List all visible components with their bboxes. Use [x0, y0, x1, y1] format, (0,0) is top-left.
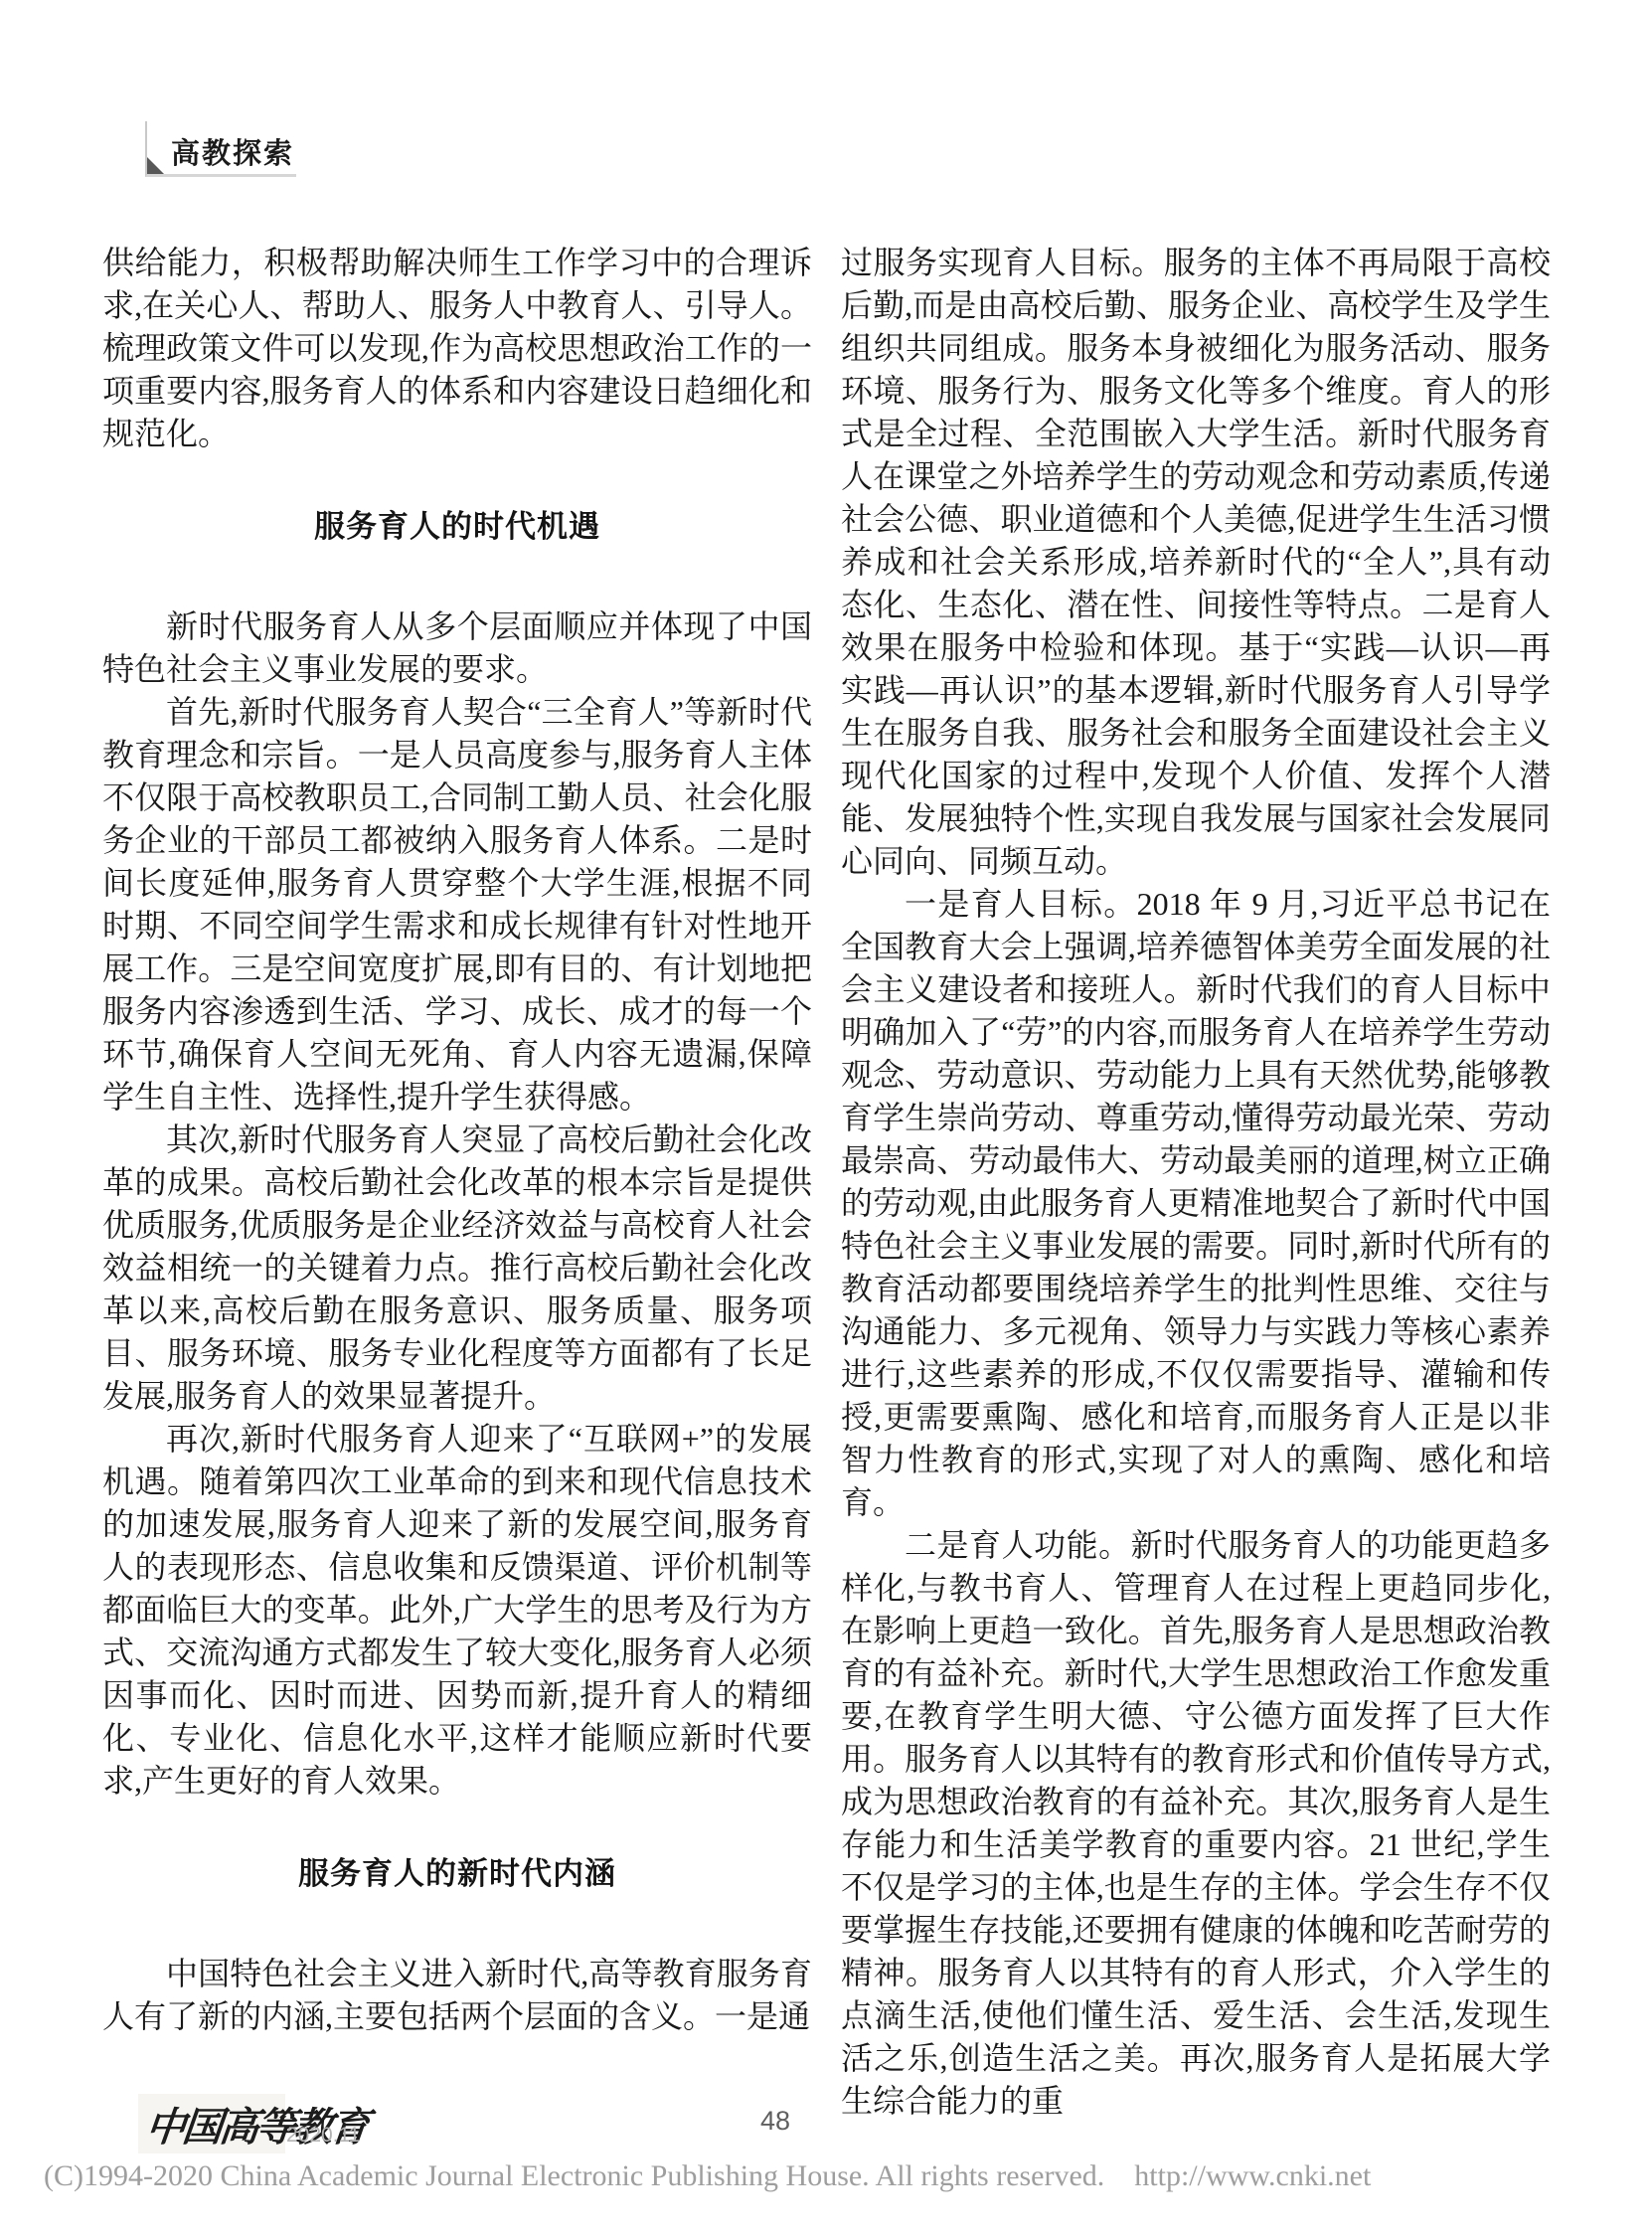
page-number: 48 [745, 2106, 805, 2137]
right-column: 过服务实现育人目标。服务的主体不再局限于高校后勤,而是由高校后勤、服务企业、高校… [841, 242, 1551, 2123]
paragraph: 二是育人功能。新时代服务育人的功能更趋多样化,与教书育人、管理育人在过程上更趋同… [841, 1524, 1551, 2123]
paragraph: 其次,新时代服务育人突显了高校后勤社会化改革的成果。高校后勤社会化改革的根本宗旨… [102, 1119, 812, 1418]
section-heading-era-opportunity: 服务育人的时代机遇 [102, 505, 812, 548]
corner-triangle-icon [147, 157, 164, 174]
copyright-line: (C)1994-2020 China Academic Journal Elec… [44, 2159, 1371, 2193]
left-column: 供给能力，积极帮助解决师生工作学习中的合理诉求,在关心人、帮助人、服务人中教育人… [102, 242, 812, 2038]
paragraph: 中国特色社会主义进入新时代,高等教育服务育人有了新的内涵,主要包括两个层面的含义… [102, 1953, 812, 2038]
section-heading-new-era-meaning: 服务育人的新时代内涵 [102, 1852, 812, 1895]
paragraph-continuation: 过服务实现育人目标。服务的主体不再局限于高校后勤,而是由高校后勤、服务企业、高校… [841, 242, 1551, 883]
paragraph: 新时代服务育人从多个层面顺应并体现了中国特色社会主义事业发展的要求。 [102, 605, 812, 691]
paragraph: 再次,新时代服务育人迎来了“互联网+”的发展机遇。随着第四次工业革命的到来和现代… [102, 1418, 812, 1803]
paragraph-continuation: 供给能力，积极帮助解决师生工作学习中的合理诉求,在关心人、帮助人、服务人中教育人… [102, 242, 812, 455]
section-label: 高教探索 [171, 131, 294, 172]
journal-page: 高教探索 供给能力，积极帮助解决师生工作学习中的合理诉求,在关心人、帮助人、服务… [0, 0, 1652, 2239]
section-tab: 高教探索 [145, 121, 296, 177]
journal-issue: 2020.11 [286, 2124, 360, 2148]
paragraph: 首先,新时代服务育人契合“三全育人”等新时代教育理念和宗旨。一是人员高度参与,服… [102, 691, 812, 1119]
paragraph: 一是育人目标。2018 年 9 月,习近平总书记在全国教育大会上强调,培养德智体… [841, 883, 1551, 1524]
